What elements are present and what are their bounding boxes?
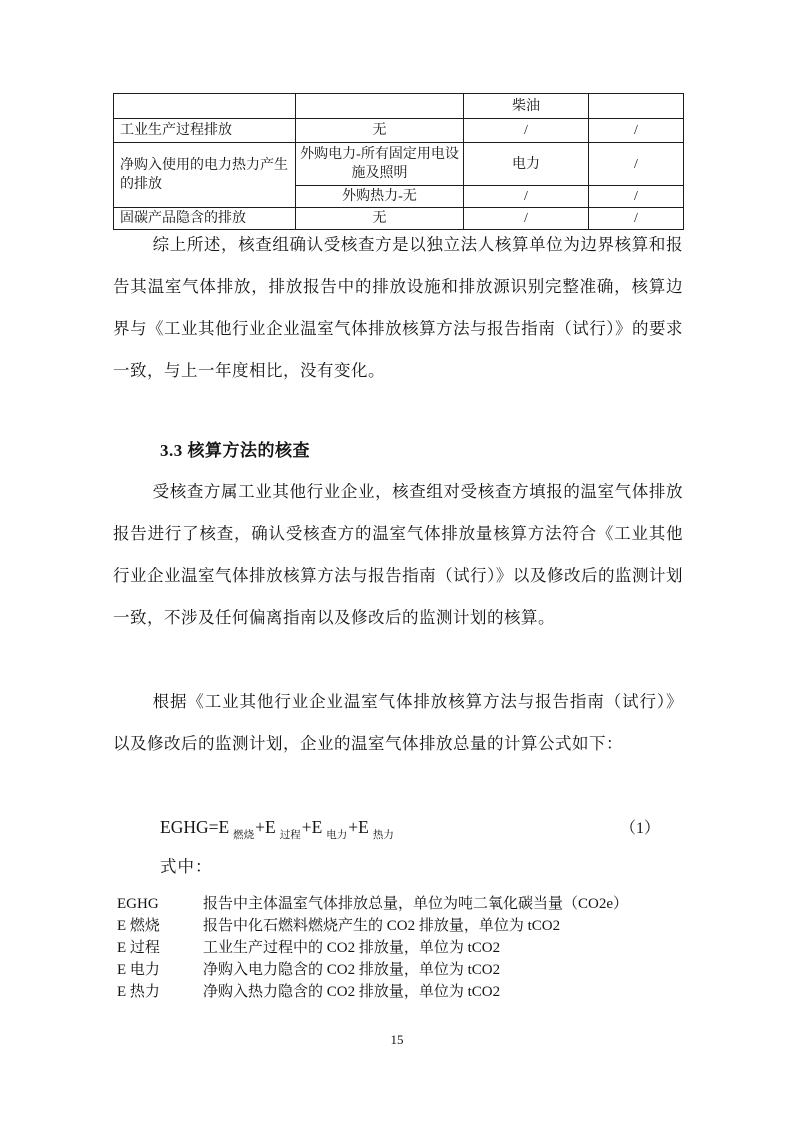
page-number: 15 [0, 1032, 794, 1048]
definition-description: 净购入电力隐含的 CO2 排放量，单位为 tCO2 [203, 959, 683, 981]
table-cell: 电力 [464, 143, 589, 186]
table-cell: 外购热力-无 [296, 186, 464, 208]
table-cell-category: 工业生产过程排放 [114, 119, 296, 143]
definition-term: E 过程 [117, 937, 203, 959]
formula-legend-intro: 式中： [113, 846, 213, 888]
table-cell [114, 94, 296, 119]
table-row: 工业生产过程排放 无 / / [114, 119, 684, 143]
definition-description: 工业生产过程中的 CO2 排放量，单位为 tCO2 [203, 937, 683, 959]
definition-list: EGHG 报告中主体温室气体排放总量，单位为吨二氧化碳当量（CO2e） E 燃烧… [113, 893, 683, 1003]
table-cell: / [589, 186, 684, 208]
paragraph-method-verification: 受核查方属工业其他行业企业，核查组对受核查方填报的温室气体排放报告进行了核查，确… [113, 471, 683, 639]
formula-subscript-process: 过程 [280, 830, 301, 841]
definition-item: EGHG 报告中主体温室气体排放总量，单位为吨二氧化碳当量（CO2e） [117, 893, 683, 915]
table-cell: 外购电力-所有固定用电设施及照明 [296, 143, 464, 186]
table-row: 柴油 [114, 94, 684, 119]
table-row: 净购入使用的电力热力产生的排放 外购电力-所有固定用电设施及照明 电力 / [114, 143, 684, 186]
definition-term: E 热力 [117, 981, 203, 1003]
table-cell: / [464, 186, 589, 208]
page-content: 柴油 工业生产过程排放 无 / / 净购入使用的电力热力产生的排放 外购电力-所… [113, 0, 683, 1123]
section-heading-3-3: 3.3 核算方法的核查 [113, 430, 730, 472]
paragraph-formula-basis: 根据《工业其他行业企业温室气体排放核算方法与报告指南（试行）》以及修改后的监测计… [113, 681, 683, 765]
table-cell [296, 94, 464, 119]
emission-sources-table: 柴油 工业生产过程排放 无 / / 净购入使用的电力热力产生的排放 外购电力-所… [113, 93, 684, 230]
table-cell: / [464, 119, 589, 143]
definition-term: E 燃烧 [117, 915, 203, 937]
equation-number: （1） [620, 808, 660, 850]
definition-term: EGHG [117, 893, 203, 915]
definition-item: E 热力 净购入热力隐含的 CO2 排放量，单位为 tCO2 [117, 981, 683, 1003]
formula-subscript-combustion: 燃烧 [233, 830, 254, 841]
table-cell-category: 净购入使用的电力热力产生的排放 [114, 143, 296, 208]
table-cell: / [589, 143, 684, 186]
formula-subscript-electricity: 电力 [326, 830, 347, 841]
table-cell: / [589, 119, 684, 143]
definition-description: 报告中主体温室气体排放总量，单位为吨二氧化碳当量（CO2e） [203, 893, 683, 915]
document-page: 柴油 工业生产过程排放 无 / / 净购入使用的电力热力产生的排放 外购电力-所… [0, 0, 794, 1123]
paragraph-boundary-summary: 综上所述，核查组确认受核查方是以独立法人核算单位为边界核算和报告其温室气体排放，… [113, 224, 683, 392]
definition-item: E 电力 净购入电力隐含的 CO2 排放量，单位为 tCO2 [117, 959, 683, 981]
definition-item: E 过程 工业生产过程中的 CO2 排放量，单位为 tCO2 [117, 937, 683, 959]
definition-description: 报告中化石燃料燃烧产生的 CO2 排放量，单位为 tCO2 [203, 915, 683, 937]
definition-term: E 电力 [117, 959, 203, 981]
table-cell-fuel-diesel: 柴油 [464, 94, 589, 119]
table-cell: 无 [296, 119, 464, 143]
formula-subscript-heat: 热力 [373, 830, 394, 841]
definition-description: 净购入热力隐含的 CO2 排放量，单位为 tCO2 [203, 981, 683, 1003]
table-cell [589, 94, 684, 119]
definition-item: E 燃烧 报告中化石燃料燃烧产生的 CO2 排放量，单位为 tCO2 [117, 915, 683, 937]
